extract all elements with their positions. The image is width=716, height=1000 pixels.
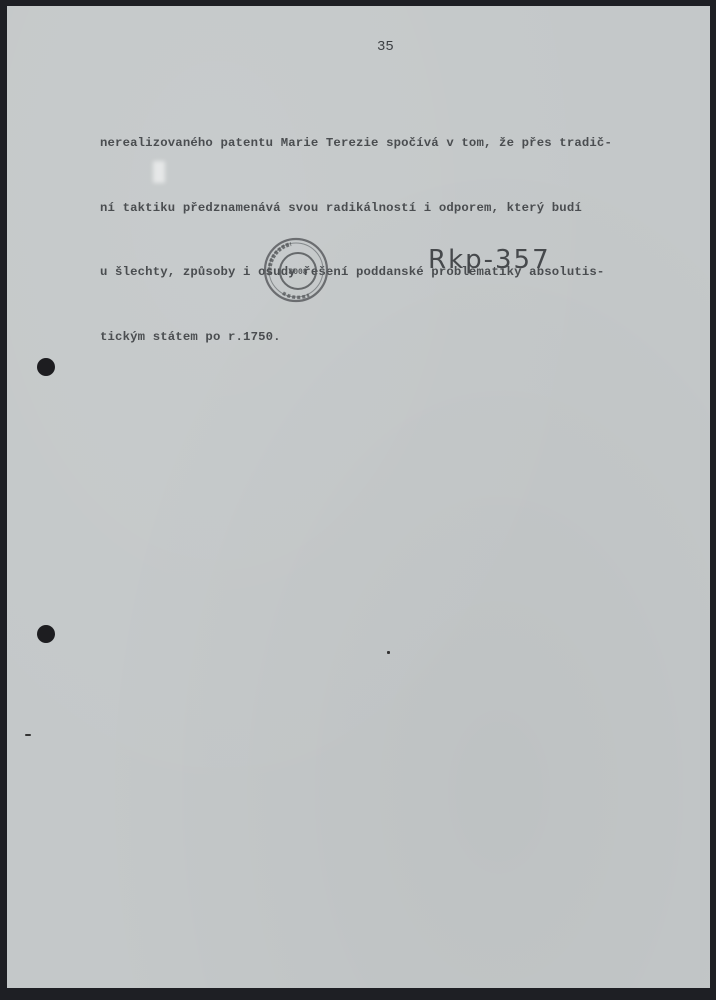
punch-hole [37,625,55,643]
typewritten-paragraph: nerealizovaného patentu Marie Terezie sp… [100,90,612,391]
scan-speck [25,734,31,736]
scan-smudge [153,161,165,183]
text-line: ní taktiku předznamenává svou radikálnos… [100,198,612,220]
scanned-document: 35 nerealizovaného patentu Marie Terezie… [0,0,716,1000]
text-line: tickým státem po r.1750. [100,327,612,349]
scan-speck [387,651,390,654]
handwritten-reference-code: Rkp-357 [428,245,551,275]
punch-hole [37,358,55,376]
paper-page: 35 nerealizovaného patentu Marie Terezie… [7,6,710,988]
svg-text:8008: 8008 [288,268,307,277]
page-number: 35 [377,39,394,55]
archive-stamp-icon: 8008 [261,235,331,305]
text-line: nerealizovaného patentu Marie Terezie sp… [100,133,612,155]
